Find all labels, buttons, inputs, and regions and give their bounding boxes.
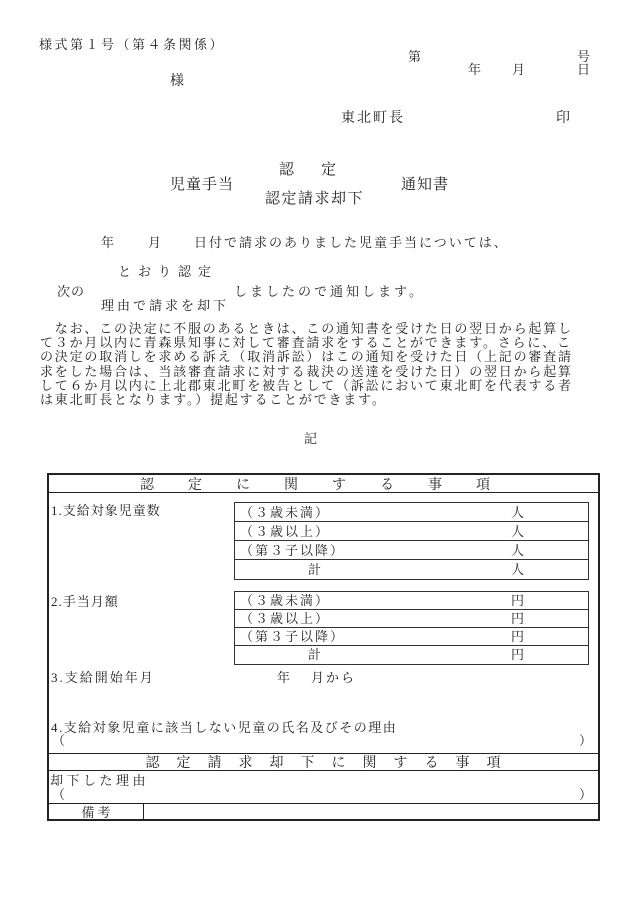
rejection-paren-open: （ bbox=[52, 788, 65, 802]
table-row: （第３子以降） 円 bbox=[235, 628, 588, 646]
title-option-rejection: 認定請求却下 bbox=[265, 191, 364, 207]
form-document: 様式第１号（第４条関係） 第 号 年 月 日 様 東北町長 印 児童手当 認 定… bbox=[0, 0, 630, 903]
table-row-total: 計 人 bbox=[235, 560, 588, 579]
table-row: （３歳以上） 円 bbox=[235, 610, 588, 628]
note-line: 求をした場合は、当該審査請求に対する裁決の送達を受けた日）の翌日から起算 bbox=[40, 365, 610, 379]
details-table: 認定に関する事項 1.支給対象児童数 （３歳未満） 人 （３歳以上） 人 （第３… bbox=[47, 473, 600, 821]
table-row: （３歳未満） 円 bbox=[235, 592, 588, 610]
form-number-label: 様式第１号（第４条関係） bbox=[39, 38, 225, 52]
row-label: 計 bbox=[308, 562, 323, 577]
note-line: の決定の取消しを求める訴え（取消訴訟）はこの通知を受けた日（上記の審査請 bbox=[40, 350, 610, 364]
note-line: して６か月以内に上北郡東北町を被告として（訴訟において東北町を代表する者 bbox=[40, 379, 610, 393]
next-option-rejected: 理由で請求を却下 bbox=[101, 299, 229, 313]
row-unit: 円 bbox=[511, 646, 524, 664]
next-prefix: 次の bbox=[57, 285, 85, 299]
note-line: は東北町長となります。）提起することができます。 bbox=[40, 393, 610, 407]
section-certification-header: 認定に関する事項 bbox=[49, 475, 598, 493]
item3-label: 3.支給開始年月 bbox=[51, 671, 155, 685]
row-label: （３歳未満） bbox=[240, 593, 330, 608]
row-label: （３歳以上） bbox=[240, 524, 330, 539]
title-subject: 児童手当 bbox=[170, 177, 234, 193]
section-rejection-header: 認定請求却下に関する事項 bbox=[49, 753, 598, 771]
appeal-note-paragraph: なお、この決定に不服のあるときは、この通知書を受けた日の翌日から起算し て３か月… bbox=[40, 322, 610, 407]
note-line: て３か月以内に青森県知事に対して審査請求をすることができます。さらに、こ bbox=[40, 336, 610, 350]
table-row: （３歳未満） 人 bbox=[235, 503, 588, 522]
monthly-amount-subtable: （３歳未満） 円 （３歳以上） 円 （第３子以降） 円 計 円 bbox=[234, 591, 589, 665]
item2-label: 2.手当月額 bbox=[51, 595, 119, 609]
request-date-year: 年 bbox=[101, 236, 114, 250]
date-month-label: 月 bbox=[512, 63, 525, 77]
table-row: （第３子以降） 人 bbox=[235, 541, 588, 560]
notify-sentence: しましたので通知します。 bbox=[234, 285, 425, 299]
rejection-reason-label: 却下した理由 bbox=[50, 774, 149, 788]
item4-paren-close: ） bbox=[579, 734, 592, 748]
row-unit: 人 bbox=[511, 560, 524, 579]
remarks-row: 備考 bbox=[49, 803, 598, 819]
row-unit: 人 bbox=[511, 541, 524, 560]
issuer-name: 東北町長 bbox=[341, 111, 405, 126]
row-label: （第３子以降） bbox=[240, 543, 345, 558]
remarks-label: 備考 bbox=[49, 804, 144, 819]
row-label: （３歳未満） bbox=[240, 505, 330, 520]
row-unit: 円 bbox=[511, 628, 524, 646]
date-day-label: 日 bbox=[577, 63, 590, 77]
seal-mark: 印 bbox=[556, 111, 570, 126]
row-label: （第３子以降） bbox=[240, 629, 345, 644]
row-unit: 円 bbox=[511, 592, 524, 610]
item3-from-label: 月から bbox=[311, 671, 356, 685]
title-suffix: 通知書 bbox=[401, 177, 449, 193]
row-label: 計 bbox=[308, 647, 323, 662]
next-option-certified: とおり認定 bbox=[118, 265, 218, 279]
rejection-paren-close: ） bbox=[579, 788, 592, 802]
note-line: なお、この決定に不服のあるときは、この通知書を受けた日の翌日から起算し bbox=[40, 322, 610, 336]
children-count-subtable: （３歳未満） 人 （３歳以上） 人 （第３子以降） 人 計 人 bbox=[234, 502, 589, 580]
row-label: （３歳以上） bbox=[240, 611, 330, 626]
request-sentence: 日付で請求のありました児童手当については、 bbox=[194, 236, 509, 250]
table-row: （３歳以上） 人 bbox=[235, 522, 588, 541]
table-row-total: 計 円 bbox=[235, 646, 588, 664]
item4-label: 4.支給対象児童に該当しない児童の氏名及びその理由 bbox=[51, 721, 397, 735]
title-option-certification: 認 定 bbox=[279, 162, 342, 178]
date-year-label: 年 bbox=[468, 63, 481, 77]
row-unit: 人 bbox=[511, 503, 524, 522]
row-unit: 人 bbox=[511, 522, 524, 541]
doc-number-prefix: 第 bbox=[408, 50, 421, 64]
addressee-honorific: 様 bbox=[170, 74, 184, 89]
request-date-month: 月 bbox=[148, 236, 161, 250]
row-unit: 円 bbox=[511, 610, 524, 628]
record-mark: 記 bbox=[304, 432, 317, 446]
item3-year-label: 年 bbox=[277, 671, 290, 685]
item1-label: 1.支給対象児童数 bbox=[51, 504, 161, 518]
item4-paren-open: （ bbox=[52, 734, 65, 748]
